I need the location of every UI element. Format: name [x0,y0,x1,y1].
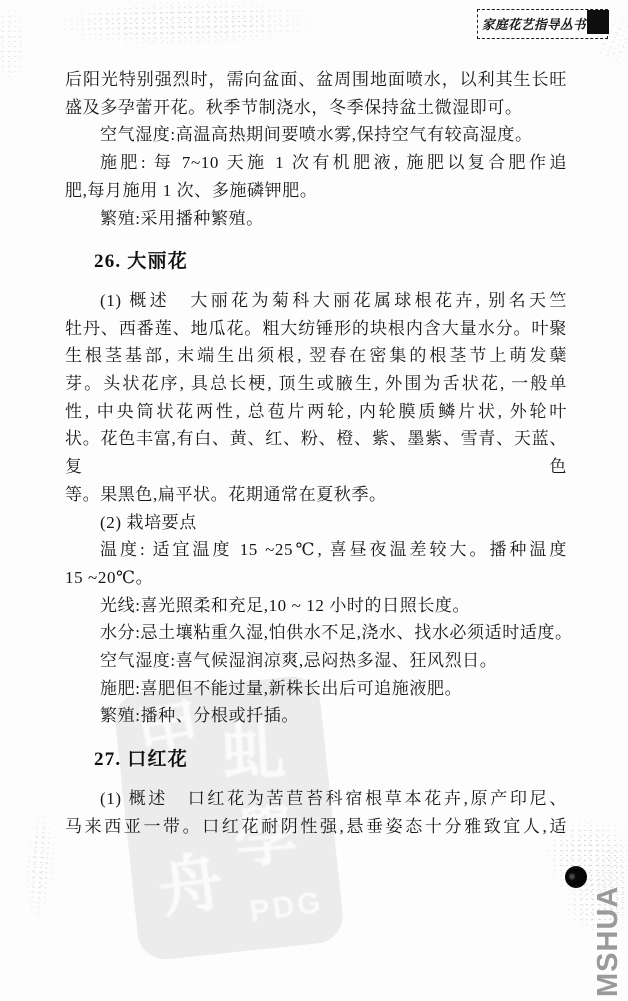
scan-noise [0,4,26,86]
text-line: 施肥: 每 7~10 天施 1 次有机肥液, 施肥以复合肥作追 [65,149,567,177]
text-line: 施肥:喜肥但不能过量,新株长出后可追施液肥。 [65,675,567,703]
text-line: 空气湿度:喜气候湿润凉爽,忌闷热多湿、狂风烈日。 [65,647,567,675]
text-line: 水分:忌土壤粘重久湿,怕供水不足,浇水、找水必须适时适度。 [65,619,567,647]
text-line: 性, 中央筒状花两性, 总苞片两轮, 内轮膜质鳞片状, 外轮叶 [65,398,567,426]
pdg-watermark-text: PDG [248,885,326,929]
edge-code-text: MSHUA [592,857,625,997]
text-line: 状。花色丰富,有白、黄、红、粉、橙、紫、墨紫、雪青、天蓝、复色 [65,425,567,480]
series-title: 家庭花艺指导丛书 [478,15,586,34]
series-badge: 家庭花艺指导丛书 [477,9,608,39]
seal-glyph: 舟 [155,850,227,922]
text-line: 后阳光特别强烈时，需向盆面、盆周围地面喷水，以利其生长旺 [65,66,567,94]
badge-black-square [587,10,609,34]
text-line: 繁殖:采用播种繁殖。 [65,205,567,233]
text-line: (2) 栽培要点 [65,509,567,537]
text-line: 牡丹、西番莲、地瓜花。粗大纺锤形的块根内含大量水分。叶聚 [65,315,567,343]
text-line: 生根茎基部, 末端生出须根, 翌春在密集的根茎节上萌发蘖 [65,342,567,370]
text-line: 盛及多孕蕾开花。秋季节制浇水，冬季保持盆土微湿即可。 [65,94,567,122]
text-line: 15 ~20℃。 [65,564,567,592]
text-line: 繁殖:播种、分根或扦插。 [65,702,567,730]
text-line: (1) 概述 大丽花为菊科大丽花属球根花卉, 别名天竺 [65,287,567,315]
text-line: 空气湿度:高温高热期间要喷水雾,保持空气有较高湿度。 [65,121,567,149]
scanned-book-page: 家庭花艺指导丛书 甲 虬 舟 學 PDG 后阳光特别强烈时，需向盆面、盆周围地面… [0,0,628,1001]
text-line: 温度: 适宜温度 15 ~25℃, 喜昼夜温差较大。播种温度 [65,536,567,564]
page-text-content: 后阳光特别强烈时，需向盆面、盆周围地面喷水，以利其生长旺盛及多孕蕾开花。秋季节制… [65,66,567,840]
scan-noise [56,0,313,48]
section-heading: 26. 大丽花 [65,248,567,276]
text-line: 马来西亚一带。口红花耐阴性强,悬垂姿态十分雅致宜人,适 [65,813,567,841]
text-line: 肥,每月施用 1 次、多施磷钾肥。 [65,177,567,205]
text-line: 光线:喜光照柔和充足,10 ~ 12 小时的日照长度。 [65,592,567,620]
text-line: (1) 概述 口红花为苦苣苔科宿根草本花卉,原产印尼、 [65,785,567,813]
page-marker-dot [565,866,587,888]
section-heading: 27. 口红花 [65,746,567,774]
scan-noise [22,809,57,919]
text-line: 等。果黑色,扁平状。花期通常在夏秋季。 [65,481,567,509]
text-line: 芽。头状花序, 具总长梗, 顶生或腋生, 外围为舌状花, 一般单 [65,370,567,398]
